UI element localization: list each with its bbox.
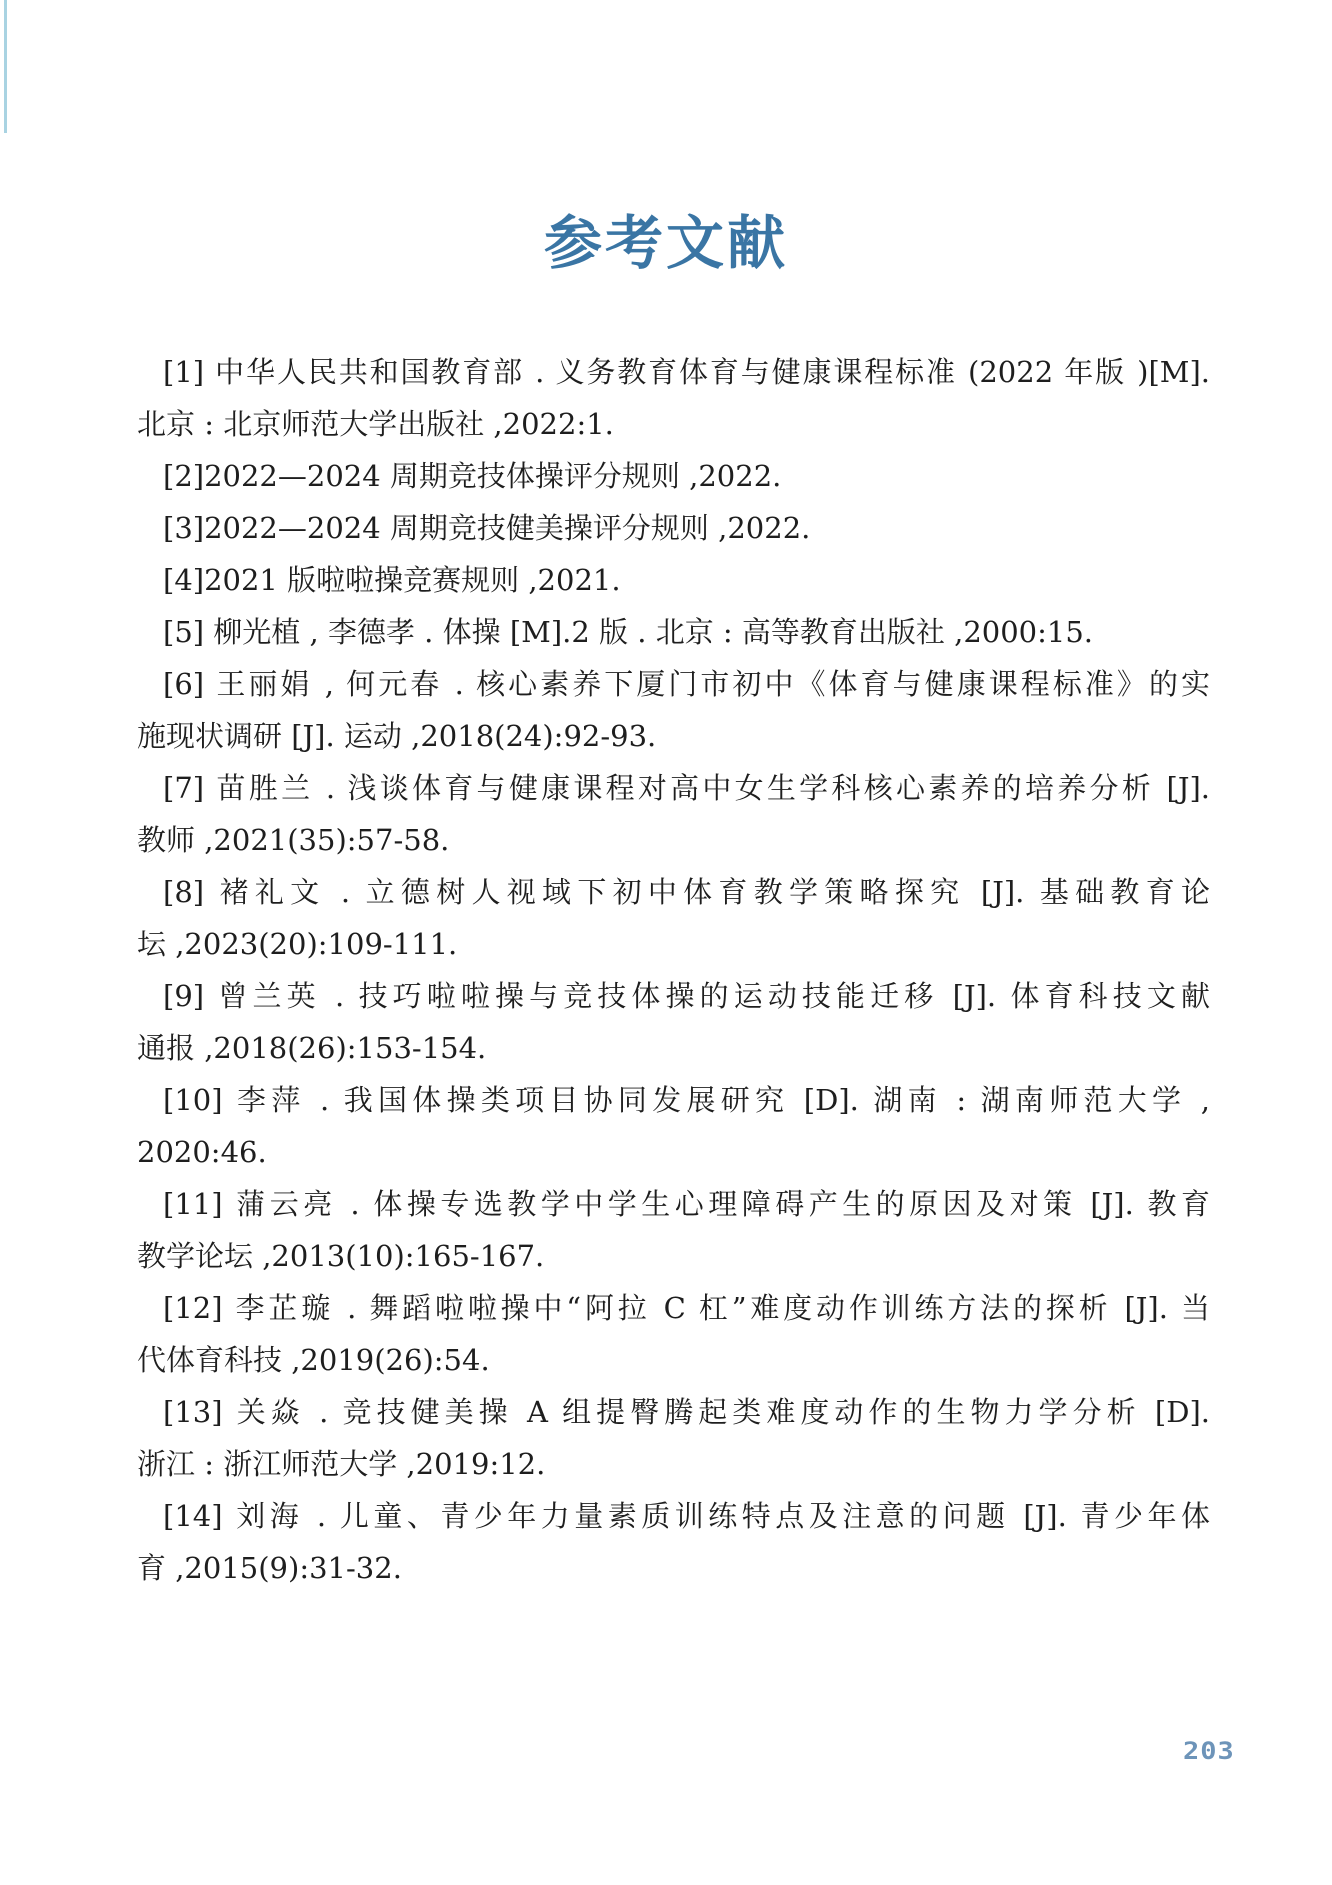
reference-line: [14] 刘海 . 儿童、青少年力量素质训练特点及注意的问题 [J]. 青少年体 [137,1490,1210,1542]
left-edge-accent-bar [4,0,7,133]
reference-line: [6] 王丽娟 , 何元春 . 核心素养下厦门市初中《体育与健康课程标准》的实 [137,658,1210,710]
reference-line: 2020:46. [137,1126,1210,1178]
reference-line: [2]2022—2024 周期竞技体操评分规则 ,2022. [137,450,1210,502]
reference-line: [9] 曾兰英 . 技巧啦啦操与竞技体操的运动技能迁移 [J]. 体育科技文献 [137,970,1210,1022]
reference-line: [1] 中华人民共和国教育部 . 义务教育体育与健康课程标准 (2022 年版 … [137,346,1210,398]
reference-line: 教学论坛 ,2013(10):165-167. [137,1230,1210,1282]
reference-line: 北京 : 北京师范大学出版社 ,2022:1. [137,398,1210,450]
reference-line: [4]2021 版啦啦操竞赛规则 ,2021. [137,554,1210,606]
reference-line: 代体育科技 ,2019(26):54. [137,1334,1210,1386]
reference-page: { "page": { "title": "参考文献", "page_numbe… [0,0,1332,1885]
reference-line: [8] 褚礼文 . 立德树人视域下初中体育教学策略探究 [J]. 基础教育论 [137,866,1210,918]
reference-line: [13] 关焱 . 竞技健美操 A 组提臀腾起类难度动作的生物力学分析 [D]. [137,1386,1210,1438]
reference-line: 施现状调研 [J]. 运动 ,2018(24):92-93. [137,710,1210,762]
reference-line: 育 ,2015(9):31-32. [137,1542,1210,1594]
reference-line: 浙江 : 浙江师范大学 ,2019:12. [137,1438,1210,1490]
reference-line: [3]2022—2024 周期竞技健美操评分规则 ,2022. [137,502,1210,554]
reference-line: [12] 李芷璇 . 舞蹈啦啦操中“阿拉 C 杠”难度动作训练方法的探析 [J]… [137,1282,1210,1334]
reference-line: 通报 ,2018(26):153-154. [137,1022,1210,1074]
page-number: 203 [1183,1738,1235,1765]
reference-line: [5] 柳光植 , 李德孝 . 体操 [M].2 版 . 北京 : 高等教育出版… [137,606,1210,658]
reference-line: [11] 蒲云亮 . 体操专选教学中学生心理障碍产生的原因及对策 [J]. 教育 [137,1178,1210,1230]
reference-line: 教师 ,2021(35):57-58. [137,814,1210,866]
reference-list: [1] 中华人民共和国教育部 . 义务教育体育与健康课程标准 (2022 年版 … [137,346,1210,1594]
reference-line: [7] 苗胜兰 . 浅谈体育与健康课程对高中女生学科核心素养的培养分析 [J]. [137,762,1210,814]
reference-line: 坛 ,2023(20):109-111. [137,918,1210,970]
page-title: 参考文献 [0,212,1332,276]
reference-line: [10] 李萍 . 我国体操类项目协同发展研究 [D]. 湖南 : 湖南师范大学… [137,1074,1210,1126]
